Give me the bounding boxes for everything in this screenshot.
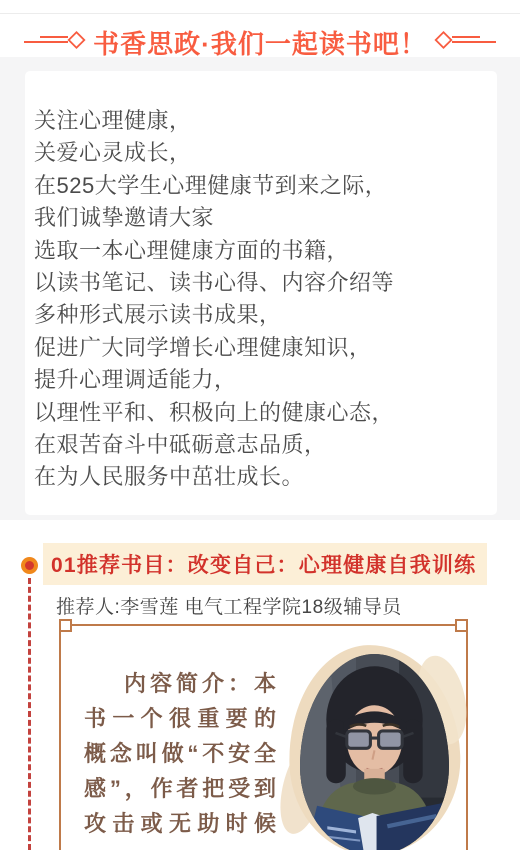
top-divider xyxy=(0,13,520,14)
header-left-dash-diamond-icon xyxy=(23,29,87,56)
book-intro-line: 感”，作者把受到 xyxy=(84,771,276,806)
bullet-dot-icon xyxy=(21,557,38,574)
book-intro-line: 书一个很重要的 xyxy=(84,701,276,736)
intro-line: 选取一本心理健康方面的书籍， xyxy=(34,235,487,267)
recommender-photo xyxy=(289,645,460,850)
intro-line: 多种形式展示读书成果， xyxy=(34,299,487,331)
book-intro-line: 概念叫做“不安全 xyxy=(84,736,276,771)
dashed-timeline xyxy=(28,578,31,850)
book-intro-line: 内容简介：本 xyxy=(84,666,276,701)
intro-line: 关爱心灵成长， xyxy=(34,137,487,169)
header-right-diamond-dash-icon xyxy=(433,29,497,56)
frame-corner-icon xyxy=(455,619,468,632)
intro-line: 关注心理健康， xyxy=(34,105,487,137)
section-title-bar: 01推荐书目：改变自己：心理健康自我训练 xyxy=(43,543,487,585)
intro-line: 在为人民服务中茁壮成长。 xyxy=(34,461,487,493)
section-title: 01推荐书目：改变自己：心理健康自我训练 xyxy=(51,549,476,579)
article-page[interactable]: 书香思政·我们一起读书吧！ 关注心理健康， 关爱心灵成长， 在525大学生心理健… xyxy=(0,0,520,850)
intro-line: 促进广大同学增长心理健康知识， xyxy=(34,332,487,364)
book-intro-line: 攻击或无助时候 xyxy=(84,806,276,841)
article-header: 书香思政·我们一起读书吧！ xyxy=(0,22,520,62)
intro-line: 在艰苦奋斗中砥砺意志品质， xyxy=(34,429,487,461)
intro-line: 提升心理调适能力， xyxy=(34,364,487,396)
intro-line: 在525大学生心理健康节到来之际， xyxy=(34,170,487,202)
page-title: 书香思政·我们一起读书吧！ xyxy=(93,24,427,61)
book-intro-paragraph: 内容简介：本 书一个很重要的 概念叫做“不安全 感”，作者把受到 攻击或无助时候 xyxy=(84,666,276,841)
intro-line: 以读书笔记、读书心得、内容介绍等 xyxy=(34,267,487,299)
recommender-text: 推荐人:李雪莲 电气工程学院18级辅导员 xyxy=(56,592,476,618)
intro-line: 以理性平和、积极向上的健康心态， xyxy=(34,397,487,429)
intro-line: 我们诚挚邀请大家 xyxy=(34,202,487,234)
intro-card: 关注心理健康， 关爱心灵成长， 在525大学生心理健康节到来之际， 我们诚挚邀请… xyxy=(25,71,497,515)
frame-corner-icon xyxy=(59,619,72,632)
bullet-dot-core xyxy=(25,561,34,570)
